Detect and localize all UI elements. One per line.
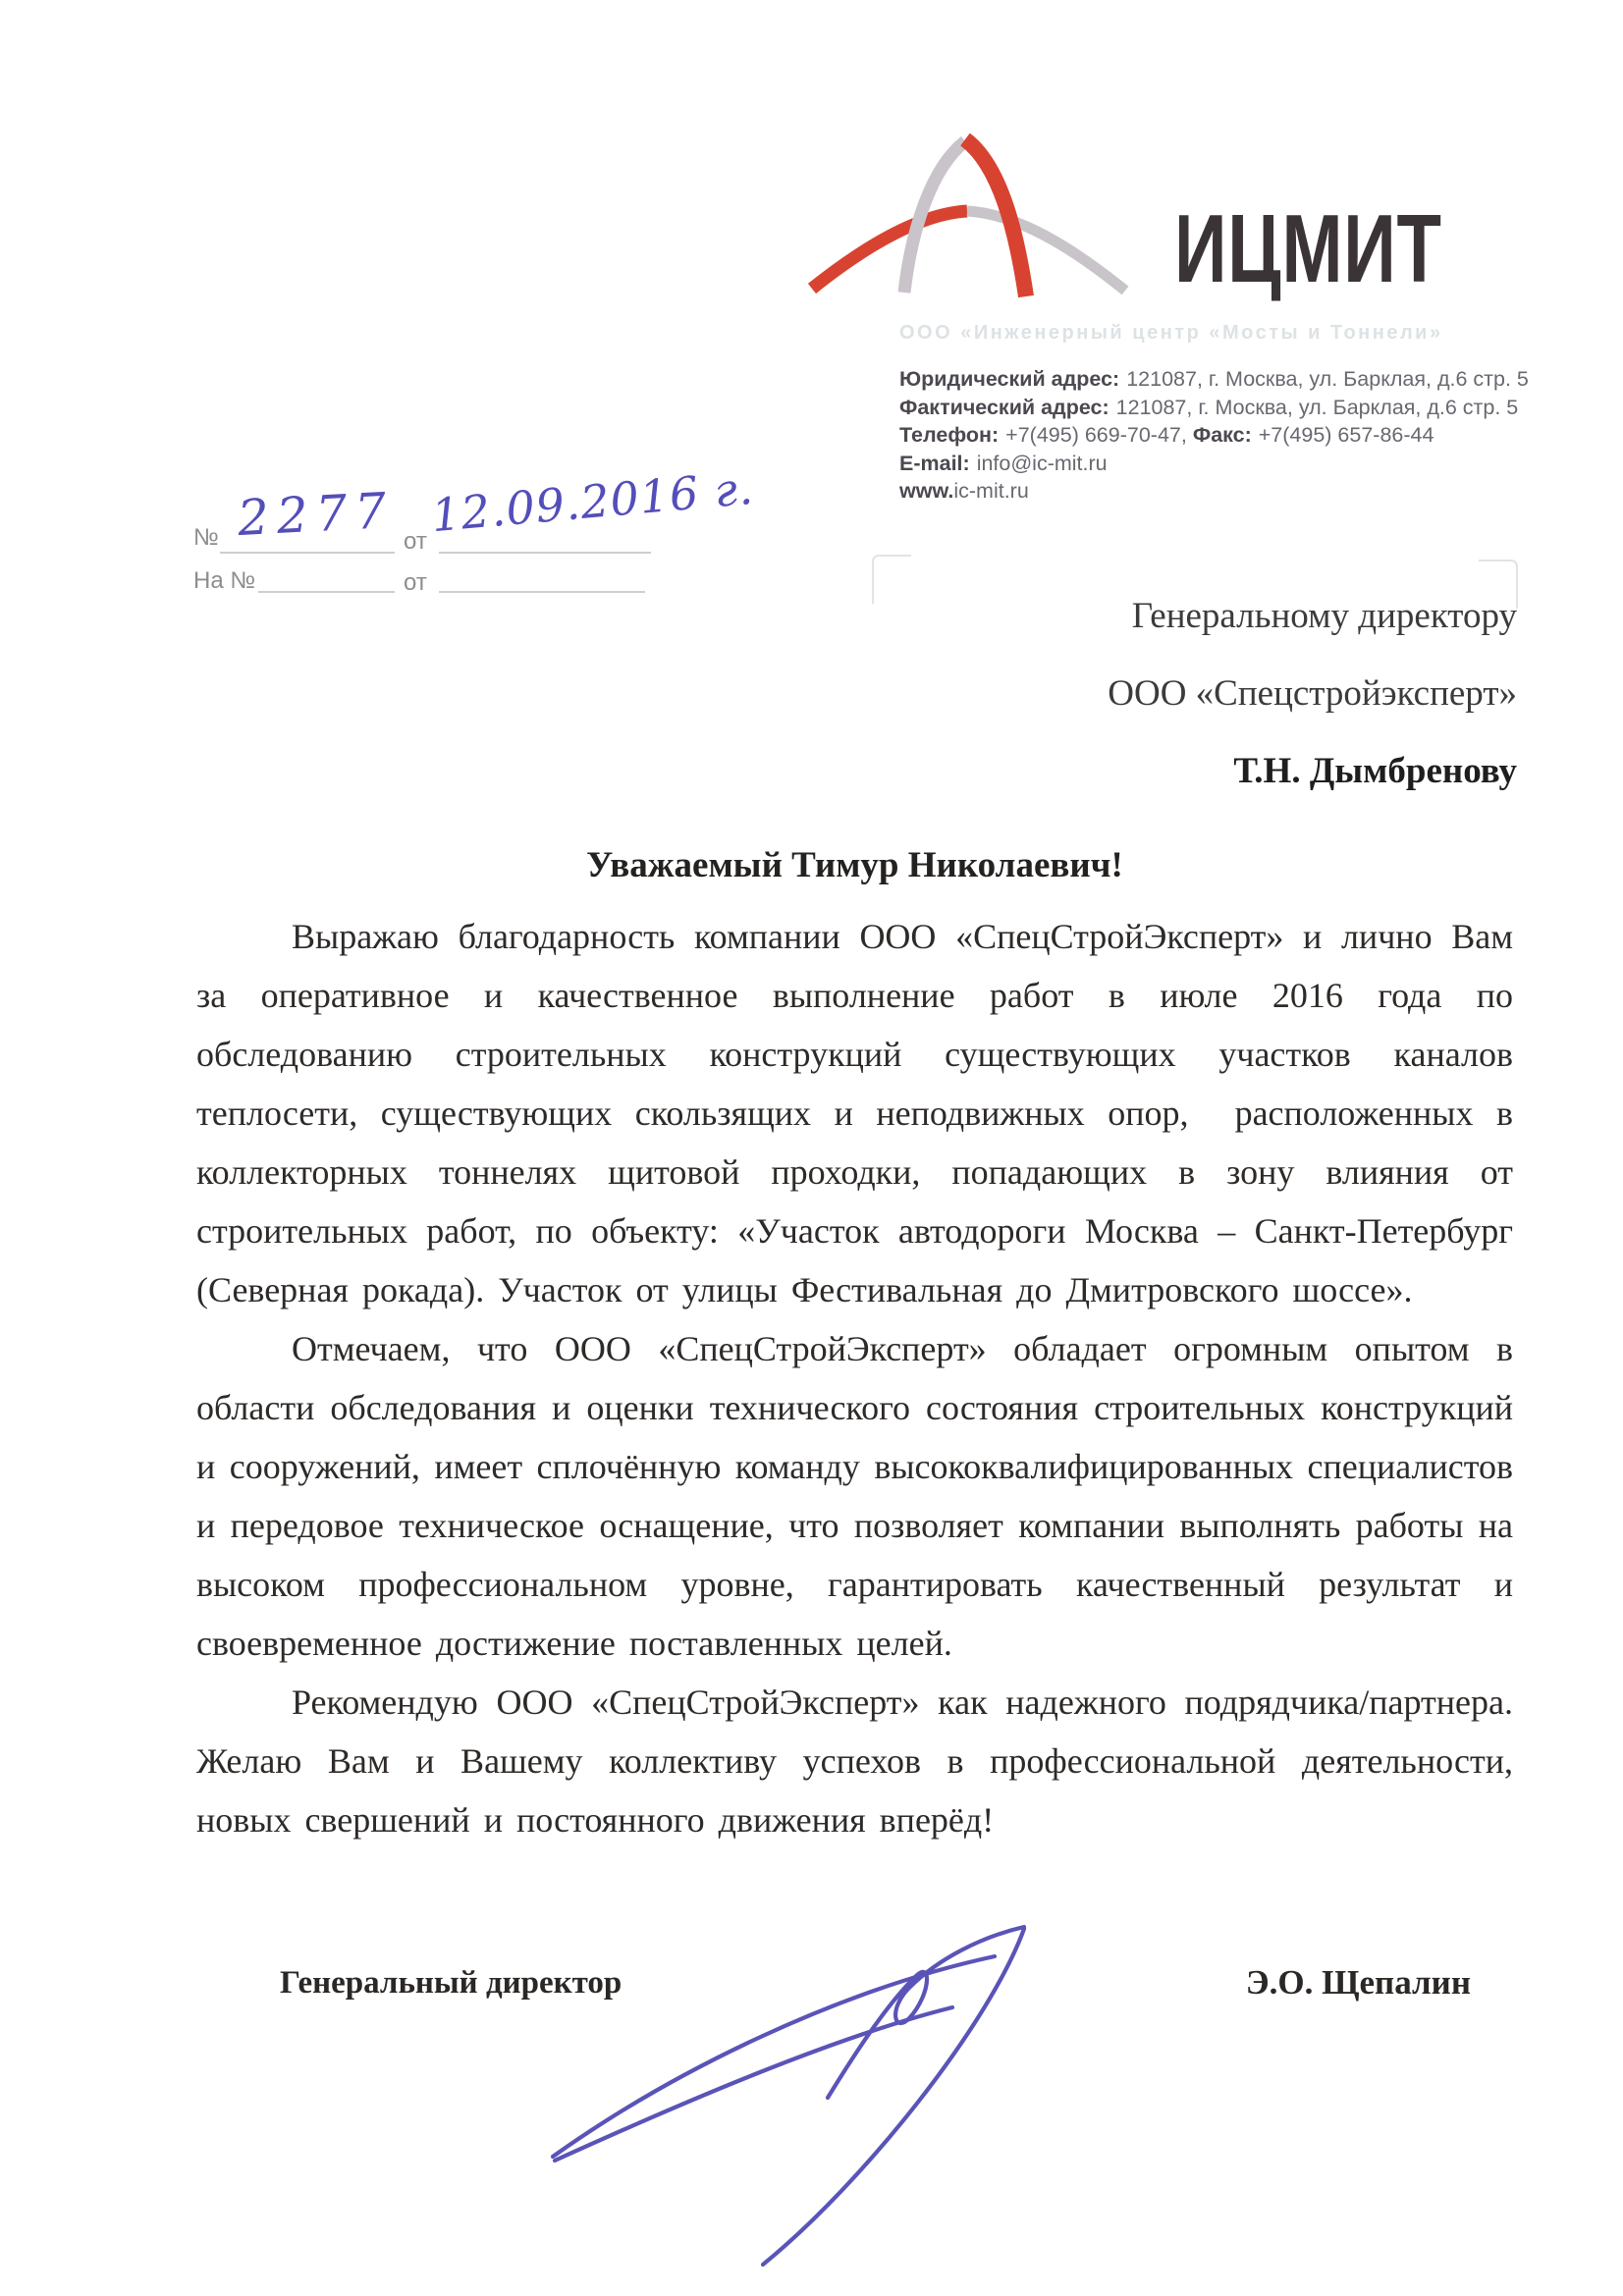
actual-address-value: 121087, г. Москва, ул. Барклая, д.6 стр.…	[1116, 396, 1519, 419]
handwritten-signature	[535, 1899, 1046, 2282]
outgoing-number-label: №	[193, 524, 219, 552]
reply-number-label: На №	[193, 567, 255, 595]
recipient-position: Генеральному директору	[884, 577, 1517, 655]
signer-name: Э.О. Щепалин	[1246, 1963, 1471, 2002]
website-domain: ic-mit.ru	[953, 479, 1028, 503]
email-label: E-mail:	[899, 452, 970, 475]
body-paragraph: Выражаю благодарность компании ООО «Спец…	[196, 907, 1513, 1319]
phone-label: Телефон:	[899, 423, 999, 447]
salutation: Уважаемый Тимур Николаевич!	[196, 844, 1513, 886]
reply-from-label: от	[404, 569, 427, 597]
legal-address-value: 121087, г. Москва, ул. Барклая, д.6 стр.…	[1126, 367, 1529, 391]
actual-address-label: Фактический адрес:	[899, 396, 1109, 419]
bridge-arches-logo-icon	[807, 116, 1153, 334]
reply-date-line	[439, 591, 645, 593]
website-line: www.ic-mit.ru	[899, 477, 1529, 506]
legal-address-line: Юридический адрес:121087, г. Москва, ул.…	[899, 365, 1529, 394]
outgoing-date-line	[439, 552, 651, 554]
handwritten-outgoing-date: 12.09.2016 г.	[429, 461, 755, 542]
reply-number-line	[258, 591, 395, 593]
recipient-name: Т.Н. Дымбренову	[884, 732, 1517, 810]
body-paragraph: Отмечаем, что ООО «СпецСтройЭксперт» обл…	[196, 1319, 1513, 1673]
phone-value: +7(495) 669-70-47,	[1005, 423, 1187, 447]
fax-value: +7(495) 657-86-44	[1259, 423, 1434, 447]
reference-block: № от 2277 12.09.2016 г. На № от	[193, 510, 665, 599]
fax-label: Факс:	[1193, 423, 1252, 447]
brand-name: ИЦМИТ	[1174, 200, 1442, 296]
website-www: www.	[899, 479, 953, 503]
actual-address-line: Фактический адрес:121087, г. Москва, ул.…	[899, 394, 1529, 422]
company-subtitle: ООО «Инженерный центр «Мосты и Тоннели»	[899, 322, 1443, 345]
recipient-block: Генеральному директору ООО «Спецстройэкс…	[884, 577, 1517, 810]
handwritten-outgoing-number: 2277	[237, 482, 396, 547]
outgoing-from-label: от	[404, 528, 427, 556]
body-paragraph: Рекомендую ООО «СпецСтройЭксперт» как на…	[196, 1673, 1513, 1849]
contact-block: Юридический адрес:121087, г. Москва, ул.…	[899, 365, 1529, 506]
legal-address-label: Юридический адрес:	[899, 367, 1119, 391]
phone-fax-line: Телефон:+7(495) 669-70-47,Факс:+7(495) 6…	[899, 421, 1529, 450]
email-value: info@ic-mit.ru	[977, 452, 1108, 475]
email-line: E-mail:info@ic-mit.ru	[899, 450, 1529, 478]
letter-body: Выражаю благодарность компании ООО «Спец…	[196, 907, 1513, 1849]
outgoing-number-line	[220, 552, 395, 554]
recipient-company: ООО «Спецстройэксперт»	[884, 655, 1517, 732]
letter-page: ИЦМИТ ООО «Инженерный центр «Мосты и Тон…	[0, 0, 1623, 2296]
